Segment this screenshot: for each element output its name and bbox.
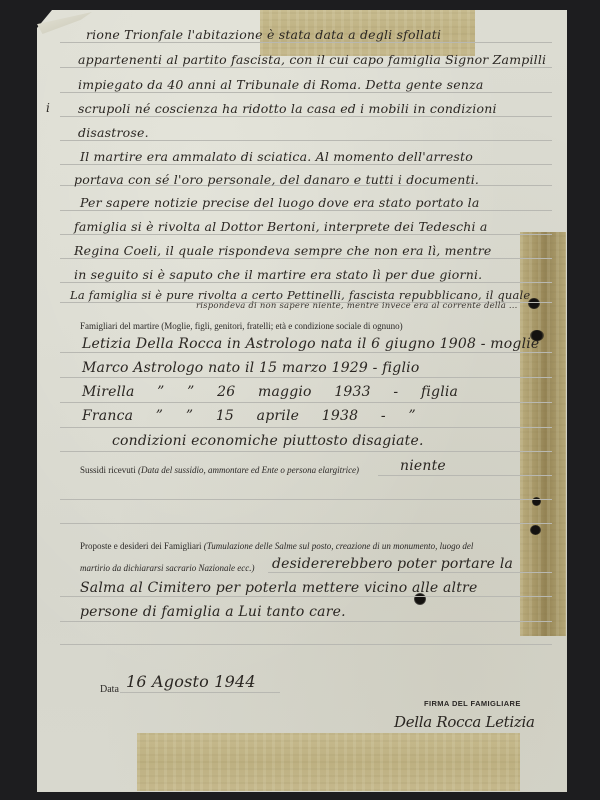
family-entry: Marco Astrologo nato il 15 marzo 1929 - … — [82, 361, 419, 375]
narrative-line: in seguito si è saputo che il martire er… — [74, 269, 482, 282]
rule-line — [60, 499, 552, 500]
rule-line — [60, 258, 552, 259]
narrative-line: Per sapere notizie precise del luogo dov… — [80, 197, 480, 210]
family-label: Famigliari del martire (Moglie, figli, g… — [80, 322, 403, 331]
economic-conditions: condizioni economiche piuttosto disagiat… — [112, 434, 424, 448]
rule-line — [60, 352, 552, 353]
rule-line — [268, 572, 552, 573]
proposals-answer-line: persone di famiglia a Lui tanto care. — [80, 605, 346, 619]
rule-line — [60, 402, 552, 403]
rule-line — [60, 234, 552, 235]
rule-line — [60, 523, 552, 524]
ink-stain — [530, 525, 541, 535]
rule-line — [60, 210, 552, 211]
rule-line — [60, 596, 552, 597]
narrative-line: Il martire era ammalato di sciatica. Al … — [80, 151, 473, 164]
narrative-line: disastrose. — [78, 127, 149, 140]
narrative-line: portava con sé l'oro personale, del dana… — [74, 174, 479, 187]
rule-line — [60, 451, 552, 452]
rule-line — [60, 140, 552, 141]
narrative-line: impiegato da 40 anni al Tribunale di Rom… — [78, 79, 484, 92]
signature-label: FIRMA DEL FAMIGLIARE — [424, 699, 521, 708]
interlinear-note: rispondeva di non sapere niente, mentre … — [196, 302, 518, 311]
proposals-answer-line: desidererebbero poter portare la — [272, 557, 513, 571]
rule-line — [60, 644, 552, 645]
margin-mark: i — [46, 101, 50, 115]
rule-line — [60, 377, 552, 378]
proposals-label-cont: martirio da dichiararsi sacrario Naziona… — [80, 564, 255, 573]
family-entry: Franca ” ” 15 aprile 1938 - ” — [82, 409, 416, 423]
rule-line — [60, 116, 552, 117]
rule-line — [60, 67, 552, 68]
tape-bottom — [137, 733, 520, 791]
rule-line — [60, 621, 552, 622]
subsidies-label: Sussidi ricevuti (Data del sussidio, amm… — [80, 466, 359, 475]
narrative-line: La famiglia si è pure rivolta a certo Pe… — [70, 290, 530, 302]
narrative-line: appartenenti al partito fascista, con il… — [78, 54, 546, 67]
narrative-line: Regina Coeli, il quale rispondeva sempre… — [74, 245, 491, 258]
rule-line — [60, 427, 552, 428]
narrative-line: rione Trionfale l'abitazione è stata dat… — [86, 29, 441, 42]
date-value: 16 Agosto 1944 — [126, 674, 256, 690]
date-rule-line — [120, 692, 280, 693]
document-viewer: i rione Trionfale l'abitazione è stata d… — [0, 0, 600, 800]
rule-line — [60, 42, 552, 43]
family-entry: Mirella ” ” 26 maggio 1933 - figlia — [82, 385, 458, 399]
rule-line — [378, 475, 552, 476]
rule-line — [60, 282, 552, 283]
date-label: Data — [100, 685, 119, 695]
proposals-answer-line: Salma al Cimitero per poterla mettere vi… — [80, 581, 477, 595]
narrative-line: scrupoli né coscienza ha ridotto la casa… — [78, 103, 497, 116]
narrative-line: famiglia si è rivolta al Dottor Bertoni,… — [74, 221, 488, 234]
subsidies-answer: niente — [400, 459, 446, 473]
signature: Della Rocca Letizia — [394, 713, 535, 731]
rule-line — [60, 92, 552, 93]
family-entry: Letizia Della Rocca in Astrologo nata il… — [82, 337, 539, 351]
proposals-label: Proposte e desideri dei Famigliari (Tumu… — [80, 542, 473, 551]
rule-line — [60, 164, 552, 165]
